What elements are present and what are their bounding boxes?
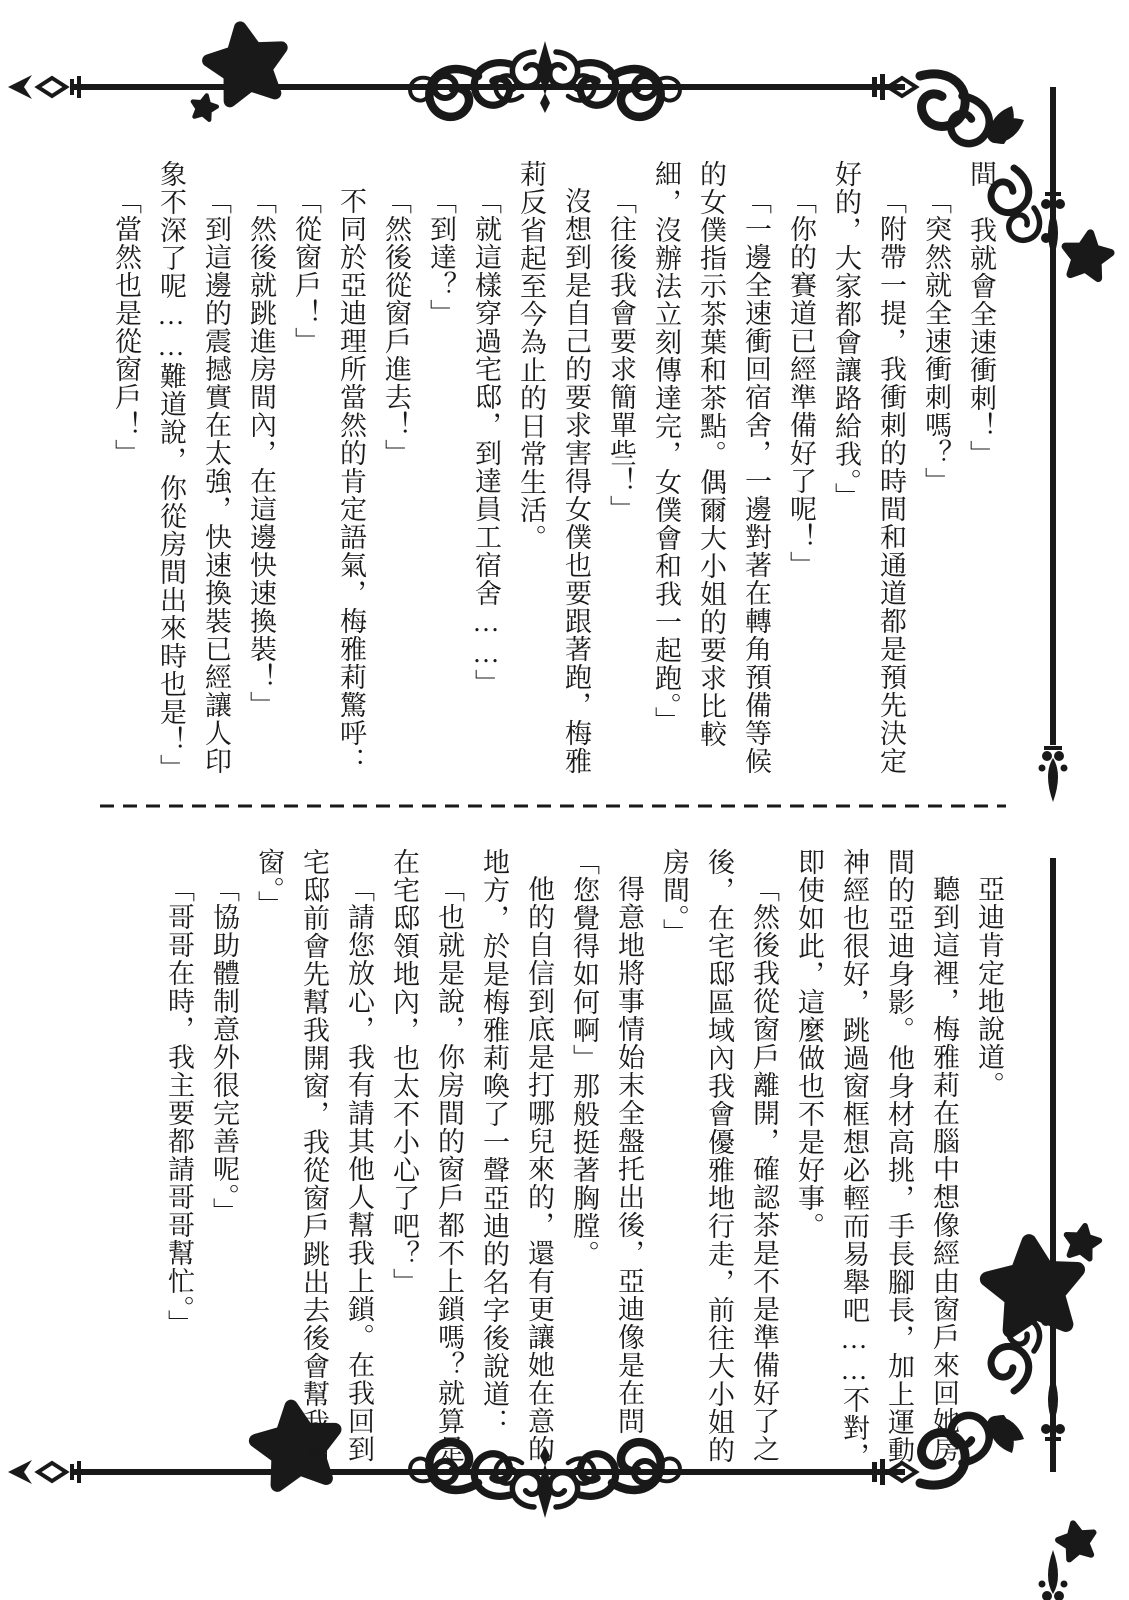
novel-page: 間，我就會全速衝刺！」「突然就全速衝刺嗎？」「附帶一提，我衝刺的時間和通道都是預… [0,0,1129,1600]
paragraph: 「從窗戶！」 [283,160,328,802]
paragraph: 「一邊全速衝回宿舍，一邊對著在轉角預備等候的女僕指示茶葉和茶點。偶爾大小姐的要求… [643,160,778,802]
paragraph: 沒想到是自己的要求害得女僕也要跟著跑，梅雅莉反省起至今為止的日常生活。 [508,160,598,802]
top-text-block: 間，我就會全速衝刺！」「突然就全速衝刺嗎？」「附帶一提，我衝刺的時間和通道都是預… [101,160,1003,802]
paragraph: 「協助體制意外很完善呢。」 [201,848,246,1476]
paragraph: 「然後從窗戶進去！」 [373,160,418,802]
paragraph: 「當然也是從窗戶！」 [103,160,148,802]
paragraph: 亞迪肯定地說道。 [966,848,1011,1476]
bottom-text-block: 亞迪肯定地說道。聽到這裡，梅雅莉在腦中想像經由窗戶來回她房間的亞迪身影。他身材高… [105,848,1011,1476]
star-icon [1055,1520,1098,1561]
paragraph: 聽到這裡，梅雅莉在腦中想像經由窗戶來回她房間的亞迪身影。他身材高挑，手長腳長，加… [786,848,966,1476]
paragraph: 「附帶一提，我衝刺的時間和通道都是預先決定好的，大家都會讓路給我。」 [823,160,913,802]
paragraph: 「就這樣穿過宅邸，到達員工宿舍……」 [463,160,508,802]
paragraph: 得意地將事情始末全盤托出後，亞迪像是在問「您覺得如何啊」那般挺著胸膛。 [561,848,651,1476]
paragraph: 「到這邊的震撼實在太強，快速換裝已經讓人印象不深了呢……難道說，你從房間出來時也… [148,160,238,802]
paragraph: 「然後就跳進房間內，在這邊快速換裝！」 [238,160,283,802]
paragraph: 「到達？」 [418,160,463,802]
paragraph: 「往後我會要求簡單些！」 [598,160,643,802]
paragraph: 「然後我從窗戶離開，確認茶是不是準備好了之後，在宅邸區域內我會優雅地行走，前往大… [651,848,786,1476]
paragraph: 「請您放心，我有請其他人幫我上鎖。在我回到宅邸前會先幫我開窗，我從窗戶跳出去後會… [246,848,381,1476]
paragraph: 他的自信到底是打哪兒來的，還有更讓她在意的地方，於是梅雅莉喚了一聲亞迪的名字後說… [471,848,561,1476]
paragraph: 「也就是說，你房間的窗戶都不上鎖嗎？就算是在宅邸領地內，也太不小心了吧？」 [381,848,471,1476]
paragraph: 「突然就全速衝刺嗎？」 [913,160,958,802]
paragraph: 不同於亞迪理所當然的肯定語氣，梅雅莉驚呼： [328,160,373,802]
star-icon [204,21,289,103]
paragraph: 「哥哥在時，我主要都請哥哥幫忙。」 [156,848,201,1476]
paragraph: 間，我就會全速衝刺！」 [958,160,1003,802]
star-icon [190,93,219,121]
star-icon [1062,230,1113,279]
star-icon [1063,1223,1101,1260]
right-border [1039,87,1068,1600]
paragraph: 「你的賽道已經準備好了呢！」 [778,160,823,802]
